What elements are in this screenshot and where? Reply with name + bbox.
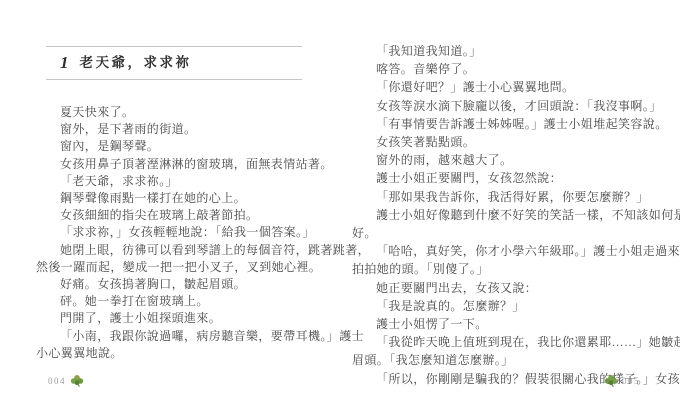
text-line: 「你還好吧？」護士小心翼翼地問。 <box>352 78 652 96</box>
clover-icon <box>70 374 84 388</box>
text-line: 護士小姐正要關門，女孩忽然說： <box>352 169 652 187</box>
text-line: 「那如果我告訴你，我活得好累，你要怎麼辦？」 <box>352 188 652 206</box>
text-line: 她正要關門出去，女孩又說： <box>352 279 652 297</box>
text-line: 女孩細細的指尖在玻璃上敲著節拍。 <box>36 207 348 224</box>
text-line: 「求求祢，」女孩輕輕地說：「給我一個答案。」 <box>36 224 348 241</box>
text-line: 護士小姐愣了一下。 <box>352 315 652 333</box>
text-line: 小心翼翼地說。 <box>36 345 348 362</box>
book-spread: 1老天爺，求求祢 夏天快來了。 窗外，是下著雨的街道。 窗內，是鋼琴聲。 女孩用… <box>0 0 680 420</box>
text-line: 「我是說真的。怎麼辦？」 <box>352 297 652 315</box>
clover-icon <box>604 374 618 388</box>
text-line: 喀答。音樂停了。 <box>352 60 652 78</box>
text-line: 窗外，是下著雨的街道。 <box>36 121 348 138</box>
text-line: 「哈哈，真好笑，你才小學六年級耶。」護士小姐走過來 <box>352 242 652 260</box>
right-page-body: 「我知道我知道。」 喀答。音樂停了。 「你還好吧？」護士小心翼翼地問。 女孩等淚… <box>352 42 652 388</box>
left-page-body: 夏天快來了。 窗外，是下著雨的街道。 窗內，是鋼琴聲。 女孩用鼻子頂著溼淋淋的窗… <box>36 104 348 362</box>
page-number-text: 005 <box>622 376 640 386</box>
text-line: 「老天爺，求求祢。」 <box>36 173 348 190</box>
text-line: 砰。她一拳打在窗玻璃上。 <box>36 293 348 310</box>
chapter-number: 1 <box>60 53 69 73</box>
text-line: 「小南，我跟你說過囉，病房聽音樂，要帶耳機。」護士 <box>36 328 348 345</box>
page-number-right: 005 <box>604 374 640 388</box>
text-line: 門開了，護士小姐探頭進來。 <box>36 310 348 327</box>
text-line: 窗內，是鋼琴聲。 <box>36 138 348 155</box>
page-number-text: 004 <box>48 376 66 386</box>
chapter-title: 老天爺，求求祢 <box>80 51 192 71</box>
text-line: 然後一躍而起，變成一把一把小叉子，叉到她心裡。 <box>36 259 348 276</box>
text-line: 「我知道我知道。」 <box>352 42 652 60</box>
chapter-header: 1老天爺，求求祢 <box>46 46 302 80</box>
text-line: 女孩用鼻子頂著溼淋淋的窗玻璃，面無表情站著。 <box>36 156 348 173</box>
text-line: 夏天快來了。 <box>36 104 348 121</box>
text-line: 女孩笑著點點頭。 <box>352 133 652 151</box>
text-line: 好。 <box>352 224 652 242</box>
text-line: 「有事情要告訴護士姊姊喔。」護士小姐堆起笑容說。 <box>352 115 652 133</box>
text-line: 女孩等淚水滴下臉龐以後，才回頭說：「我沒事啊。」 <box>352 97 652 115</box>
text-line: 「我從昨天晚上值班到現在，我比你還累耶……」她皺起 <box>352 333 652 351</box>
text-line: 鋼琴聲像雨點一樣打在她的心上。 <box>36 190 348 207</box>
page-number-left: 004 <box>48 374 84 388</box>
text-line: 眉頭。「我怎麼知道怎麼辦。」 <box>352 351 652 369</box>
text-line: 她閉上眼，彷彿可以看到琴譜上的每個音符，跳著跳著， <box>36 242 348 259</box>
text-line: 窗外的雨，越來越大了。 <box>352 151 652 169</box>
text-line: 拍拍她的頭。「別傻了。」 <box>352 260 652 278</box>
text-line: 護士小姐好像聽到什麼不好笑的笑話一樣，不知該如何是 <box>352 206 652 224</box>
text-line: 好痛。女孩摀著胸口，皺起眉頭。 <box>36 276 348 293</box>
